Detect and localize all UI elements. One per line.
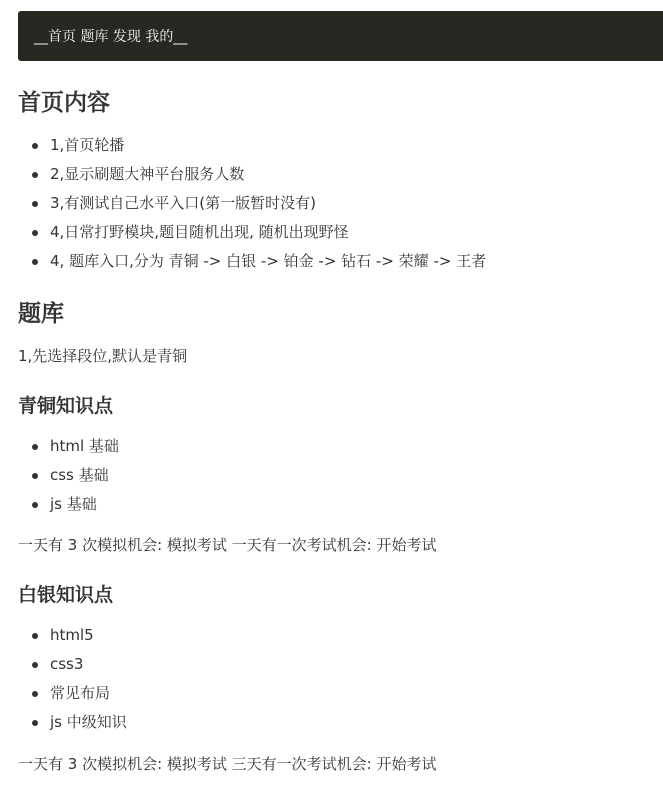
list-item: 1,首页轮播 bbox=[18, 131, 486, 160]
question-bank-intro: 1,先选择段位,默认是青铜 bbox=[18, 345, 187, 367]
list-item: html5 bbox=[18, 621, 127, 650]
home-content-list: 1,首页轮播 2,显示刷题大神平台服务人数 3,有测试自己水平入口(第一版暂时没… bbox=[18, 131, 486, 276]
bronze-exam-note: 一天有 3 次模拟机会: 模拟考试 一天有一次考试机会: 开始考试 bbox=[18, 534, 437, 556]
bronze-knowledge-list: html 基础 css 基础 js 基础 bbox=[18, 432, 119, 519]
list-item: css 基础 bbox=[18, 461, 119, 490]
heading-home-content: 首页内容 bbox=[18, 89, 110, 117]
list-item: 4,日常打野模块,题目随机出现, 随机出现野怪 bbox=[18, 218, 486, 247]
list-item: 4, 题库入口,分为 青铜 -> 白银 -> 铂金 -> 钻石 -> 荣耀 ->… bbox=[18, 247, 486, 276]
list-item: 2,显示刷题大神平台服务人数 bbox=[18, 160, 486, 189]
heading-silver-knowledge: 白银知识点 bbox=[18, 583, 113, 607]
list-item: html 基础 bbox=[18, 432, 119, 461]
silver-exam-note: 一天有 3 次模拟机会: 模拟考试 三天有一次考试机会: 开始考试 bbox=[18, 753, 437, 775]
list-item: js 中级知识 bbox=[18, 708, 127, 737]
code-block-text: __首页 题库 发现 我的__ bbox=[34, 26, 187, 46]
heading-bronze-knowledge: 青铜知识点 bbox=[18, 394, 113, 418]
heading-question-bank: 题库 bbox=[18, 300, 64, 328]
list-item: 3,有测试自己水平入口(第一版暂时没有) bbox=[18, 189, 486, 218]
list-item: js 基础 bbox=[18, 490, 119, 519]
silver-knowledge-list: html5 css3 常见布局 js 中级知识 bbox=[18, 621, 127, 737]
code-block: __首页 题库 发现 我的__ bbox=[18, 11, 663, 61]
list-item: css3 bbox=[18, 650, 127, 679]
list-item: 常见布局 bbox=[18, 679, 127, 708]
